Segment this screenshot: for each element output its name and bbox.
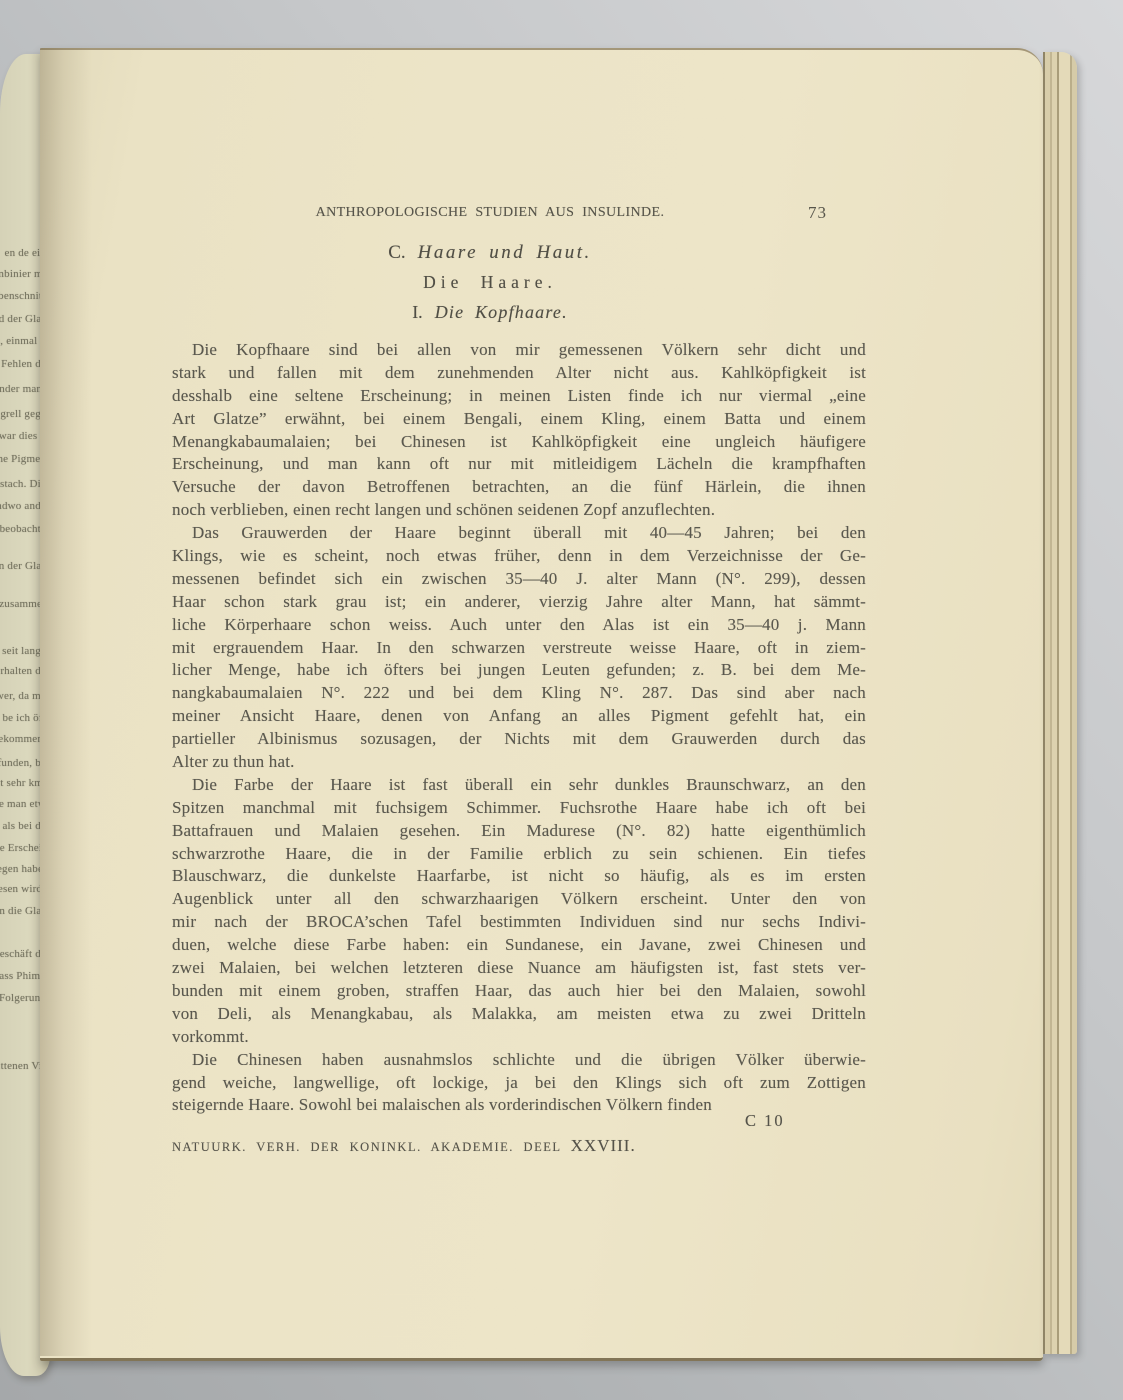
text-line: Spitzen manchmal mit fuchsigem Schimmer.… (172, 797, 866, 820)
book-photo: en de einombinier miebenschnit-d der Gla… (0, 0, 1123, 1400)
section-headings: C.Haare und Haut. Die Haare. I.Die Kopfh… (144, 242, 836, 323)
text-line: schwarzrothe Haare, die in der Familie e… (172, 843, 866, 866)
body-text: Die Kopfhaare sind bei allen von mir gem… (172, 339, 866, 1117)
text-line: Battafrauen und Malaien gesehen. Ein Mad… (172, 820, 866, 843)
series-footer: NATUURK. VERH. DER KONINKL. AKADEMIE. DE… (172, 1136, 636, 1156)
text-line: Das Grauwerden der Haare beginnt überall… (172, 522, 866, 545)
text-line: mir nach der BROCA’schen Tafel bestimmte… (172, 911, 866, 934)
section-heading-title: Haare und Haut. (418, 242, 592, 263)
text-line: von Deli, als Menangkabau, als Malakka, … (172, 1003, 866, 1026)
text-line: zwei Malaien, bei welchen letzteren dies… (172, 957, 866, 980)
text-line: Augenblick unter all den schwarzhaarigen… (172, 888, 866, 911)
text-line: Die Chinesen haben ausnahmslos schlichte… (172, 1049, 866, 1072)
text-line: Klings, wie es scheint, noch etwas frühe… (172, 545, 866, 568)
text-line: Die Kopfhaare sind bei allen von mir gem… (172, 339, 866, 362)
text-line: Erscheinung, und man kann oft nur mit mi… (172, 453, 866, 476)
text-line: partieller Albinismus sozusagen, der Nic… (172, 728, 866, 751)
text-line: licher Menge, habe ich öfters bei jungen… (172, 659, 866, 682)
section-heading: C.Haare und Haut. (144, 242, 836, 264)
book-page: ANTHROPOLOGISCHE STUDIEN AUS INSULINDE. … (40, 48, 1043, 1361)
text-line: messenen befindet sich ein zwischen 35—4… (172, 568, 866, 591)
text-line: stark und fallen mit dem zunehmenden Alt… (172, 362, 866, 385)
subsection-heading-title: Die Kopfhaare. (435, 302, 568, 322)
text-line: Art Glatze” erwähnt, bei einem Bengali, … (172, 408, 866, 431)
text-line: nangkabaumalaien N°. 222 und bei dem Kli… (172, 682, 866, 705)
text-line: meiner Ansicht Haare, denen von Anfang a… (172, 705, 866, 728)
text-line: Haar schon stark grau ist; ein anderer, … (172, 591, 866, 614)
text-line: mit ergrauendem Haar. In den schwarzen v… (172, 637, 866, 660)
subsection-heading: I.Die Kopfhaare. (144, 302, 836, 323)
running-head: ANTHROPOLOGISCHE STUDIEN AUS INSULINDE. … (172, 205, 864, 221)
text-line: Versuche der davon Betroffenen betrachte… (172, 476, 866, 499)
running-title: ANTHROPOLOGISCHE STUDIEN AUS INSULINDE. (144, 205, 836, 221)
subheading: Die Haare. (144, 272, 836, 293)
text-line: vorkommt. (172, 1026, 866, 1049)
subsection-heading-label: I. (412, 302, 423, 322)
section-heading-label: C. (388, 242, 405, 263)
text-line: Blauschwarz, die dunkelste Haarfarbe, is… (172, 865, 866, 888)
text-line: desshalb eine seltene Erscheinung; in me… (172, 385, 866, 408)
text-line: Die Farbe der Haare ist fast überall ein… (172, 774, 866, 797)
text-line: Alter zu thun hat. (172, 751, 866, 774)
text-line: gend weiche, langwellige, oft lockige, j… (172, 1072, 866, 1095)
series-footer-text: NATUURK. VERH. DER KONINKL. AKADEMIE. DE… (172, 1140, 561, 1154)
text-line: duen, welche diese Farbe haben: ein Sund… (172, 934, 866, 957)
page-number: 73 (808, 203, 827, 223)
signature-mark: C 10 (745, 1111, 785, 1131)
text-line: liche Körperhaare schon weiss. Auch unte… (172, 614, 866, 637)
series-footer-volume: XXVIII. (571, 1136, 636, 1155)
text-line: Menangkabaumalaien; bei Chinesen ist Kah… (172, 431, 866, 454)
text-line: noch verblieben, einen recht langen und … (172, 499, 866, 522)
fore-edge-pages (1043, 52, 1077, 1354)
text-line: bunden mit einem groben, straffen Haar, … (172, 980, 866, 1003)
